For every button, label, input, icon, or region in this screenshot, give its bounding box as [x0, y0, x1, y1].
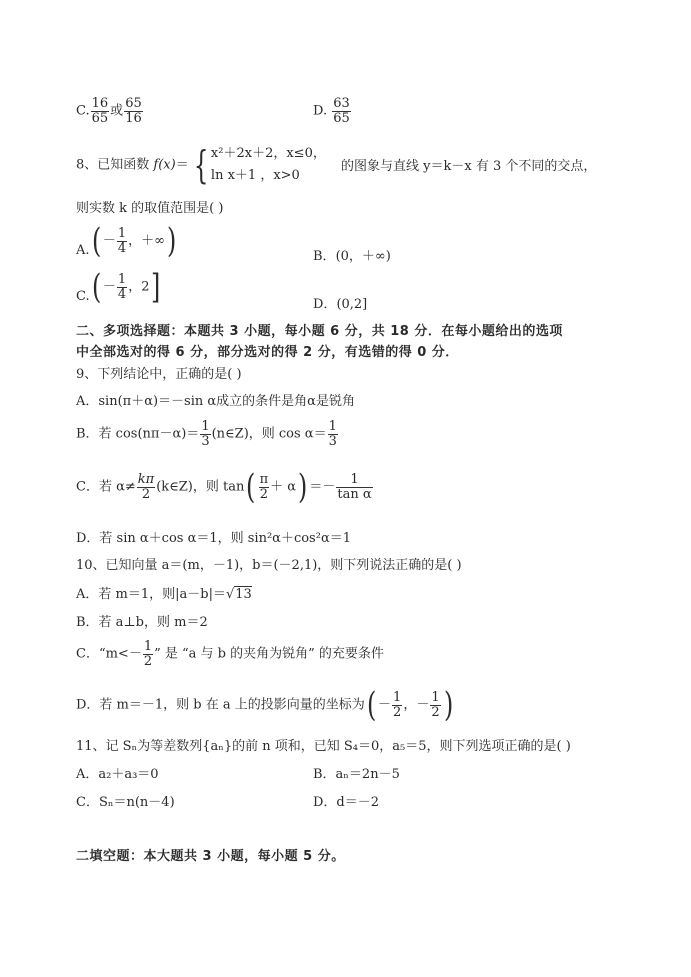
option-text: (0,2]: [336, 297, 367, 312]
section2-heading-line1: 二、多项选择题：本题共 3 小题，每小题 6 分，共 18 分．在每小题给出的选…: [76, 320, 563, 339]
fraction: π2: [259, 473, 270, 501]
q11-stem: 11、记 Sₙ为等差数列{aₙ}的前 n 项和，已知 S₄＝0，a₅＝5，则下列…: [76, 735, 571, 754]
option-label: D．: [313, 297, 336, 312]
option-text: ＝－: [309, 480, 335, 495]
q7-option-c: C.1665或6516: [76, 97, 144, 125]
question-number: 8、: [76, 158, 97, 173]
left-paren: (: [246, 470, 255, 504]
q10-option-c: C．“m<－12” 是 “a 与 b 的夹角为锐角” 的充要条件: [76, 640, 384, 668]
option-text: B．若 cos(nπ－α)＝: [76, 427, 199, 442]
q9-option-a: A．sin(π＋α)＝－sin α成立的条件是角α是锐角: [76, 390, 355, 409]
q10-option-b: B．若 a⊥b，则 m＝2: [76, 611, 208, 630]
q11-option-a: A．a₂＋a₃＝0: [76, 763, 159, 782]
q8-option-c: C.(－14，2]: [76, 270, 163, 304]
option-text: D．若 m＝－1，则 b 在 a 上的投影向量的坐标为: [76, 698, 365, 713]
option-text: (k∈Z)，则 tan: [156, 480, 244, 495]
option-label: C.: [76, 289, 90, 304]
fraction: 13: [328, 420, 338, 448]
q7-option-d: D. 6365: [313, 97, 352, 125]
option-label: D.: [313, 104, 327, 119]
section3-heading: 二填空题：本大题共 3 小题，每小题 5 分。: [76, 845, 345, 864]
q9-option-d: D．若 sin α＋cos α＝1，则 sin²α＋cos²α＝1: [76, 527, 351, 546]
q11-option-b: B．aₙ＝2n－5: [313, 763, 400, 782]
sqrt-radicand: 13: [234, 586, 252, 602]
q8-option-b: B．(0，＋∞): [313, 245, 391, 264]
q8-option-d: D．(0,2]: [313, 293, 367, 312]
fraction: 14: [117, 227, 127, 255]
fraction: 6365: [332, 97, 351, 125]
q10-stem: 10、已知向量 a＝(m，－1)，b＝(－2,1)，则下列说法正确的是( ): [76, 554, 462, 573]
minus-sign: －: [103, 234, 116, 249]
left-brace: {: [194, 146, 209, 184]
stem-text: 已知函数: [97, 158, 153, 173]
interval-rest: ，＋∞: [128, 234, 165, 249]
option-text: C．若 α≠: [76, 480, 136, 495]
option-text: (0，＋∞): [336, 249, 391, 264]
left-paren: (: [92, 224, 101, 258]
fraction: 12: [143, 640, 153, 668]
option-text: C．“m<－: [76, 647, 142, 662]
option-label: C.: [76, 104, 90, 119]
right-paren: ): [298, 470, 307, 504]
option-text: ＋ α: [270, 480, 296, 495]
function-name: f(x): [153, 158, 175, 173]
q8-line2: 则实数 k 的取值范围是( ): [76, 197, 223, 216]
fraction: 12: [430, 691, 440, 719]
case-1: x²＋2x＋2，x≤0，: [211, 143, 326, 165]
q8-stem-end: 的图象与直线 y＝k－x 有 3 个不同的交点，: [341, 155, 596, 174]
option-label: A.: [76, 243, 90, 258]
fraction: 13: [200, 420, 210, 448]
q9-option-b: B．若 cos(nπ－α)＝13(n∈Z)，则 cos α＝13: [76, 420, 339, 448]
fraction: 14: [117, 273, 127, 301]
q11-option-d: D．d＝－2: [313, 791, 379, 810]
q11-option-c: C．Sₙ＝n(n－4): [76, 791, 175, 810]
left-paren: (: [367, 688, 376, 722]
fraction: 6516: [124, 97, 143, 125]
fraction: 12: [392, 691, 402, 719]
joiner-text: 或: [110, 104, 123, 119]
q9-stem: 9、下列结论中，正确的是( ): [76, 363, 242, 382]
fraction: kπ2: [137, 473, 155, 501]
q8-stem: 8、已知函数 f(x)＝{x²＋2x＋2，x≤0，ln x＋1 ，x>0: [76, 143, 326, 187]
right-bracket: ]: [151, 270, 160, 304]
fraction: 1tan α: [336, 473, 372, 501]
interval-rest: ，2: [128, 280, 149, 295]
right-paren: ): [444, 688, 453, 722]
q8-option-a: A.(－14，＋∞): [76, 224, 178, 258]
piecewise-cases: x²＋2x＋2，x≤0，ln x＋1 ，x>0: [211, 143, 326, 187]
q9-option-c: C．若 α≠kπ2(k∈Z)，则 tan(π2＋ α)＝－1tan α: [76, 470, 374, 504]
fraction: 1665: [91, 97, 110, 125]
option-text: (n∈Z)，则 cos α＝: [212, 427, 327, 442]
case-2: ln x＋1 ，x>0: [211, 165, 326, 187]
q10-option-d: D．若 m＝－1，则 b 在 a 上的投影向量的坐标为(－12，－12): [76, 688, 455, 722]
right-paren: ): [167, 224, 176, 258]
option-label: B．: [313, 249, 336, 264]
left-paren: (: [92, 270, 101, 304]
q10-option-a: A．若 m＝1，则|a－b|＝√13: [76, 583, 252, 602]
option-text: ” 是 “a 与 b 的夹角为锐角” 的充要条件: [154, 647, 384, 662]
minus-sign: －: [103, 280, 116, 295]
equals-sign: ＝: [176, 158, 189, 173]
option-text: A．若 m＝1，则|a－b|＝: [76, 587, 226, 602]
section2-heading-line2: 中全部选对的得 6 分，部分选对的得 2 分，有选错的得 0 分．: [76, 341, 459, 360]
